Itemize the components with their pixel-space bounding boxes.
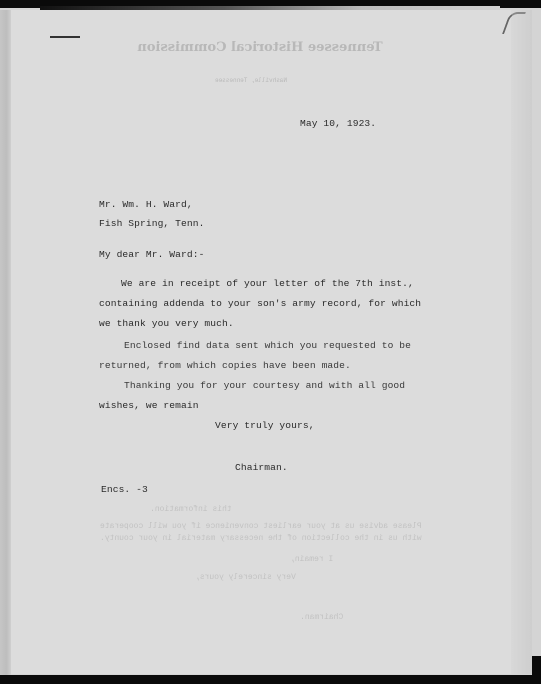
letterhead-title: Tennessee Historical Commission <box>130 40 390 55</box>
bleed-line: Chairman. <box>300 613 343 622</box>
scan-bottom-border <box>0 675 541 684</box>
paragraph-line: containing addenda to your son's army re… <box>99 298 421 309</box>
enclosures: Encs. -3 <box>101 484 148 495</box>
bleed-line: this information. <box>150 505 232 514</box>
bleed-line: Very sincerely yours, <box>195 573 296 582</box>
scan-left-edge <box>0 10 11 675</box>
paragraph-line: wishes, we remain <box>99 400 199 411</box>
paragraph-line: we thank you very much. <box>99 318 234 329</box>
bleed-line: I remain, <box>290 555 333 564</box>
scan-right-edge <box>511 10 532 674</box>
bleed-line: Please advise us at your earliest conven… <box>100 522 422 531</box>
dash-mark <box>50 36 80 38</box>
paragraph-line: returned, from which copies have been ma… <box>99 360 351 371</box>
paragraph-line: Enclosed find data sent which you reques… <box>124 340 411 351</box>
bleed-line: with us in the collection of the necessa… <box>100 534 422 543</box>
paragraph-line: We are in receipt of your letter of the … <box>121 278 414 289</box>
salutation: My dear Mr. Ward:- <box>99 249 204 260</box>
recipient-name: Mr. Wm. H. Ward, <box>99 199 193 210</box>
signature-title: Chairman. <box>235 462 288 473</box>
letter-date: May 10, 1923. <box>300 118 376 129</box>
paragraph-line: Thanking you for your courtesy and with … <box>124 380 405 391</box>
scan-corner-block <box>532 656 541 684</box>
letterhead-subtitle: Nashville, Tennessee <box>215 77 287 84</box>
recipient-address: Fish Spring, Tenn. <box>99 218 204 229</box>
closing: Very truly yours, <box>215 420 315 431</box>
